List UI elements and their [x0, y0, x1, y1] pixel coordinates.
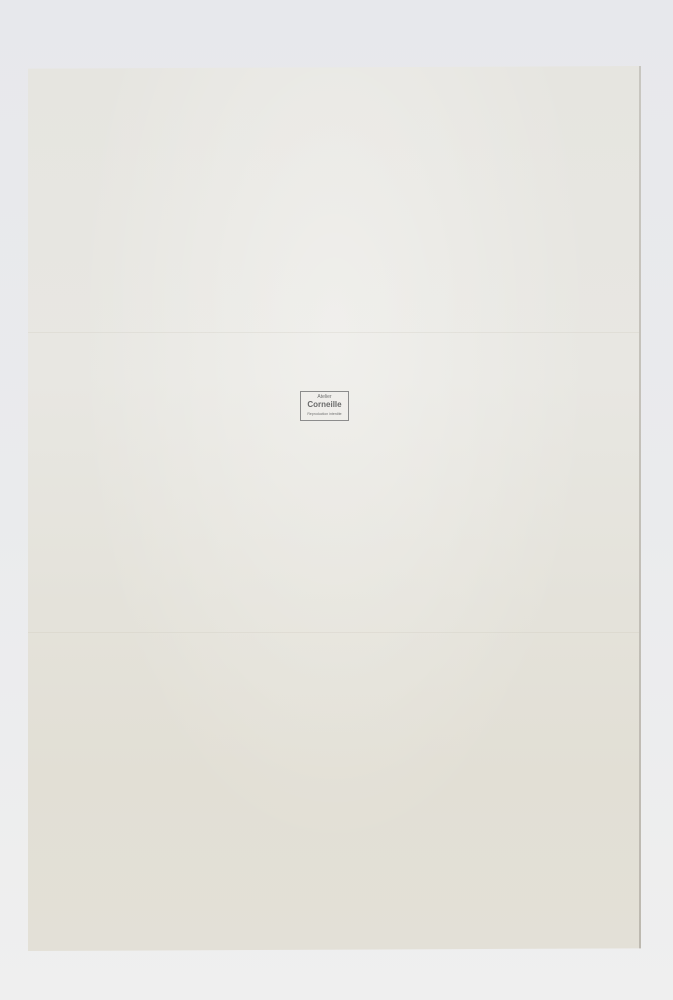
- paper-crease: [28, 332, 641, 333]
- stamp-line-notice: Reproduction interdite: [301, 411, 348, 417]
- paper-sheet: [28, 66, 641, 951]
- atelier-stamp: Atelier Corneille Reproduction interdite: [300, 391, 349, 421]
- paper-edge: [639, 66, 641, 951]
- paper-crease: [28, 632, 641, 633]
- stamp-line-name: Corneille: [301, 400, 348, 409]
